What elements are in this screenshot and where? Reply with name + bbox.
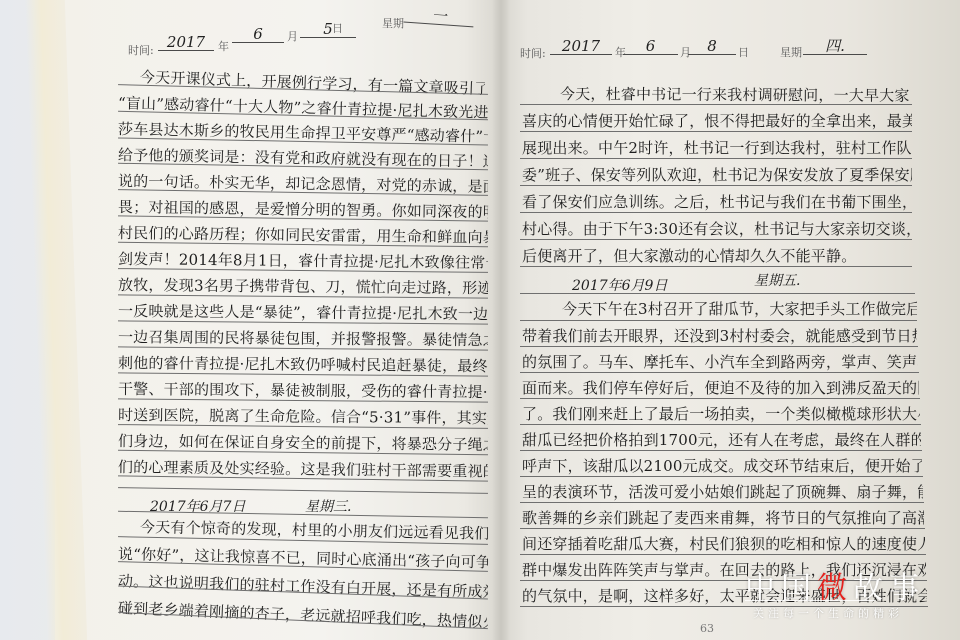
ruled-line — [520, 450, 922, 451]
handwritten-line: 了。我们刚来赶上了最后一场拍卖，一个类似橄榄球形状大小的 — [522, 403, 920, 424]
ruled-line — [520, 346, 918, 347]
open-diary-photo: 时间: 2017 年 6 月 5 日 星期 一 今天开课仪式上，开展例行学习，有… — [0, 0, 960, 640]
day-label: 日 — [332, 20, 343, 36]
handwritten-line: 展现出来。中午2时许，杜书记一行到达我村，驻村工作队、村“两 — [522, 137, 912, 158]
handwritten-line: 委”班子、保安等列队欢迎，杜书记为保安发放了夏季保安服，并观 — [522, 164, 912, 185]
time-label: 时间: — [128, 42, 154, 58]
ruled-line — [520, 239, 912, 240]
handwritten-line: 间还穿插着吃甜瓜大赛，村民们狼狈的吃相和惊人的速度使人 — [522, 533, 925, 554]
book-gutter — [492, 0, 510, 640]
day-field: 8 — [688, 38, 736, 55]
handwritten-line: 歌善舞的乡亲们跳起了麦西来甫舞，将节日的气氛推向了高潮。歌舞中 — [522, 507, 924, 528]
handwritten-line: 后便离开了，但大家激动的心情却久久不能平静。 — [522, 245, 912, 266]
month-field: 6 — [232, 26, 284, 43]
handwritten-line: 呈的表演环节，活泼可爱小姑娘们跳起了顶碗舞、扇子舞，能 — [522, 481, 923, 502]
ruled-line — [520, 185, 912, 186]
handwritten-line: 带着我们前去开眼界，还没到3村村委会，就能感受到节日热闹 — [522, 325, 917, 346]
handwritten-line: 今天下午在3村召开了甜瓜节，大家把手头工作做完后，李队长便 — [562, 298, 917, 319]
watermark-logo: 中国微故事 关注每一个生命的精彩 — [745, 563, 955, 633]
entry-weekday: 星期五. — [754, 270, 800, 290]
year-field: 2017 — [158, 34, 214, 51]
ruled-line — [520, 131, 912, 132]
month-label: 月 — [287, 28, 298, 44]
weekday-label: 星期 — [382, 15, 404, 31]
ruled-line — [520, 266, 912, 267]
entry-weekday: 星期三. — [305, 496, 351, 516]
handwritten-line: 今天，杜睿中书记一行来我村调研慰问，一大早大家就穿着过年般 — [560, 83, 910, 106]
handwritten-line: 呼声下，该甜瓜以2100元成交。成交环节结束后，便开始了精彩纷 — [522, 455, 922, 476]
watermark-divider — [745, 600, 875, 601]
day-field: 5 — [300, 21, 356, 38]
handwritten-line: 看了保安们应急训练。之后，杜书记与我们在书葡下围坐，共话驻 — [522, 191, 912, 212]
handwritten-line: 村心得。由于下午3:30还有会议，杜书记与大家亲切交谈，吃完午饭 — [522, 218, 912, 239]
handwritten-line: 面而来。我们停车停好后，便迫不及待的加入到沸反盈天的队伍中去 — [522, 377, 919, 398]
ruled-line — [520, 528, 925, 529]
ruled-line — [520, 476, 923, 477]
ruled-line — [520, 554, 926, 555]
handwritten-line: 的氛围了。马车、摩托车、小汽车全到路两旁，掌声、笑声、叫卖声扑 — [522, 351, 918, 372]
page-number: 63 — [700, 622, 714, 635]
weekday-label: 星期 — [780, 44, 802, 60]
ruled-line — [520, 424, 921, 425]
ruled-line — [520, 320, 917, 321]
year-label: 年 — [218, 38, 229, 54]
ruled-line — [520, 104, 912, 105]
weekday-field: 四. — [803, 38, 867, 55]
ruled-line — [520, 502, 924, 503]
year-field: 2017 — [550, 38, 612, 55]
entry-date: 2017年6月9日 — [572, 275, 667, 295]
watermark-subtitle: 关注每一个生命的精彩 — [753, 605, 903, 621]
ruled-line — [520, 372, 919, 373]
ruled-line — [520, 212, 912, 213]
time-label: 时间: — [520, 45, 546, 61]
handwritten-line: 喜庆的心情便开始忙碌了，恨不得把最好的全拿出来，最美的全 — [522, 110, 912, 131]
day-label: 日 — [738, 44, 749, 60]
ruled-line — [520, 158, 912, 159]
handwritten-line: 甜瓜已经把价格拍到1700元，还有人在考虑，最终在人群的欢 — [522, 429, 921, 450]
ruled-line — [520, 398, 920, 399]
month-field: 6 — [623, 38, 678, 55]
